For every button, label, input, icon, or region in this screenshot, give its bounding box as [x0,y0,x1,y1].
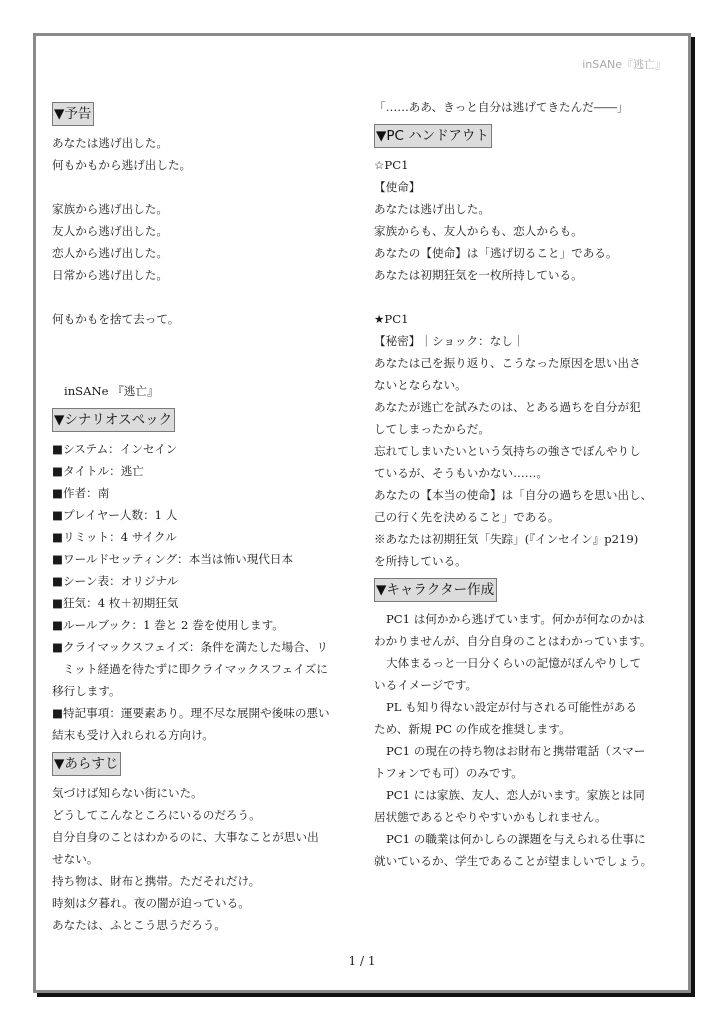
text-line: 己の行く先を決めること」である。 [374,506,676,528]
pc-label: ★PC1 [374,308,676,330]
spec-item-world: ■ワールドセッティング：本当は怖い現代日本 [52,548,352,570]
paragraph-first-line: PC1 の職業は何かしらの課題を与えられる仕事に [374,828,676,850]
text-line: あなたの【使命】は「逃げ切ること」である。 [374,242,676,264]
paragraph-first-line: PC1 の現在の持ち物はお財布と携帯電話（スマー [374,740,676,762]
section-heading-creation: ▼キャラクター作成 [374,578,497,602]
spec-item-limit: ■リミット：4 サイクル [52,526,352,548]
blank-line [52,176,352,198]
paragraph-first-line: PC1 には家族、友人、恋人がいます。家族とは同 [374,784,676,806]
text-line: 持ち物は、財布と携帯。ただそれだけ。 [52,870,352,892]
handout-pc1-open: ☆PC1 【使命】 あなたは逃げ出した。 家族からも、友人からも、恋人からも。 … [374,154,676,286]
spec-item-system: ■システム：インセイン [52,438,352,460]
spec-item-climax-cont: ミット経過を待たずに即クライマックスフェイズに [52,658,352,680]
paragraph-line: トフォンでも可）のみです。 [374,762,676,784]
text-line: あなたが逃亡を試みたのは、とある過ちを自分が犯 [374,396,676,418]
text-line: ているが、そうもいかない……。 [374,462,676,484]
paragraph-first-line: 大体まるっと一日分くらいの記憶がぼんやりして [374,652,676,674]
text-line: どうしてこんなところにいるのだろう。 [52,804,352,826]
spacer [374,286,676,308]
paragraph-line: ため、新規 PC の作成を推奨します。 [374,718,676,740]
blank-line [52,286,352,308]
spec-item-scene-table: ■シーン表：オリジナル [52,570,352,592]
creation-text: PC1 は何かから逃げています。何かが何なのかは わかりませんが、自分自身のこと… [374,608,676,872]
paragraph-first-line: PC1 は何かから逃げています。何かが何なのかは [374,608,676,630]
spec-list: ■システム：インセイン ■タイトル：逃亡 ■作者：南 ■プレイヤー人数：1 人 … [52,438,352,746]
text-line: 家族から逃げ出した。 [52,198,352,220]
text-line: 時刻は夕暮れ。夜の闇が迫っている。 [52,892,352,914]
text-line: 日常から逃げ出した。 [52,264,352,286]
text-line: 自分自身のことはわかるのに、大事なことが思い出 [52,826,352,848]
yokoku-text: あなたは逃げ出した。 何もかもから逃げ出した。 家族から逃げ出した。 友人から逃… [52,132,352,330]
text-line: してしまったからだ。 [374,418,676,440]
section-heading-handout: ▼PC ハンドアウト [374,124,492,148]
section-heading-synopsis: ▼あらすじ [52,752,121,776]
text-line: あなたは、ふとこう思うだろう。 [52,914,352,936]
text-line: 家族からも、友人からも、恋人からも。 [374,220,676,242]
spec-item-climax-cont: 移行します。 [52,680,352,702]
document-page: inSANe『逃亡』 ▼予告 あなたは逃げ出した。 何もかもから逃げ出した。 家… [33,33,691,993]
text-line: を所持している。 [374,550,676,572]
text-line: ないとならない。 [374,374,676,396]
scenario-title-line: inSANe 『逃亡』 [52,380,352,402]
spec-item-notes-cont: 結末も受け入れられる方向け。 [52,724,352,746]
text-line: あなたは初期狂気を一枚所持している。 [374,264,676,286]
text-line: 何もかもから逃げ出した。 [52,154,352,176]
page-number: 1 / 1 [36,954,688,968]
text-line: あなたは己を振り返り、こうなった原因を思い出さ [374,352,676,374]
text-line: あなたは逃げ出した。 [374,198,676,220]
spec-item-title: ■タイトル：逃亡 [52,460,352,482]
right-column: 「……ああ、きっと自分は逃げてきたんだ――」 ▼PC ハンドアウト ☆PC1 【… [374,96,676,872]
closing-quote: 「……ああ、きっと自分は逃げてきたんだ――」 [374,96,676,118]
text-line: 何もかもを捨て去って。 [52,308,352,330]
text-line: せない。 [52,848,352,870]
text-line: あなたの【本当の使命】は「自分の過ちを思い出し、 [374,484,676,506]
paragraph-line: わかりませんが、自分自身のことはわかっています。 [374,630,676,652]
text-line: 友人から逃げ出した。 [52,220,352,242]
spec-item-author: ■作者：南 [52,482,352,504]
handout-pc1-secret: ★PC1 【秘密】｜ショック：なし｜ あなたは己を振り返り、こうなった原因を思い… [374,308,676,572]
text-line: 忘れてしまいたいという気持ちの強さでぼんやりし [374,440,676,462]
pc-label: ☆PC1 [374,154,676,176]
text-line: 気づけば知らない街にいた。 [52,782,352,804]
paragraph-line: 就いているか、学生であることが望ましいでしょう。 [374,850,676,872]
spacer [52,330,352,352]
text-line: ※あなたは初期狂気「失踪」(『インセイン』p219) [374,528,676,550]
left-column: ▼予告 あなたは逃げ出した。 何もかもから逃げ出した。 家族から逃げ出した。 友… [52,96,352,936]
secret-label: 【秘密】｜ショック：なし｜ [374,330,676,352]
spec-item-players: ■プレイヤー人数：1 人 [52,504,352,526]
spec-item-notes: ■特記事項：運要素あり。理不尽な展開や後味の悪い [52,702,352,724]
synopsis-text: 気づけば知らない街にいた。 どうしてこんなところにいるのだろう。 自分自身のこと… [52,782,352,936]
paragraph-first-line: PL も知り得ない設定が付与される可能性がある [374,696,676,718]
spec-item-madness: ■狂気：4 枚＋初期狂気 [52,592,352,614]
section-heading-yokoku: ▼予告 [52,102,94,126]
spec-item-climax: ■クライマックスフェイズ：条件を満たした場合、リ [52,636,352,658]
paragraph-line: 居状態であるとやりやすいかもしれません。 [374,806,676,828]
mission-label: 【使命】 [374,176,676,198]
section-heading-spec: ▼シナリオスペック [52,408,175,432]
spec-item-rulebook: ■ルールブック：1 巻と 2 巻を使用します。 [52,614,352,636]
text-line: 恋人から逃げ出した。 [52,242,352,264]
paragraph-line: いるイメージです。 [374,674,676,696]
spacer [52,352,352,374]
text-line: あなたは逃げ出した。 [52,132,352,154]
running-head: inSANe『逃亡』 [582,56,666,72]
